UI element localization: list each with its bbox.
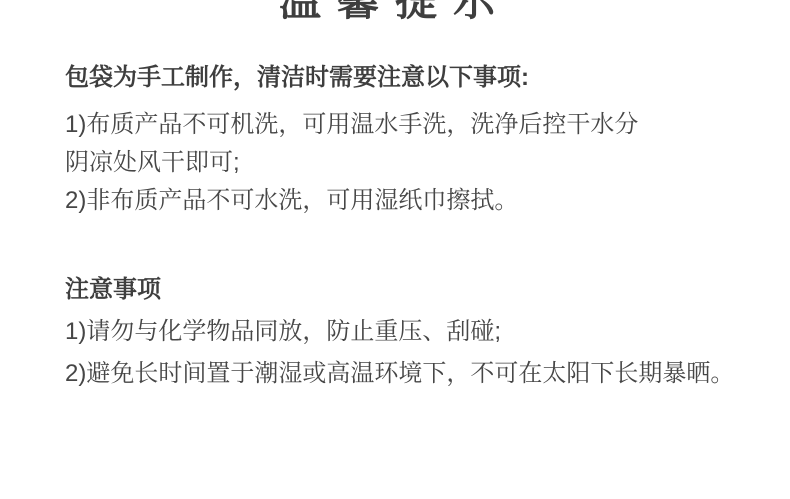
page-title: 温馨提示 <box>0 0 790 22</box>
notes-section-heading: 注意事项 <box>65 278 750 302</box>
care-content: 包袋为手工制作，清洁时需要注意以下事项: 1)布质产品不可机洗，可用温水手洗，洗… <box>0 66 790 395</box>
note-line-2: 2)避免长时间置于潮湿或高温环境下，不可在太阳下长期暴晒。 <box>65 353 750 395</box>
notes-list: 1)请勿与化学物品同放，防止重压、刮碰; 2)避免长时间置于潮湿或高温环境下，不… <box>65 311 750 395</box>
cleaning-instructions: 1)布质产品不可机洗，可用温水手洗，洗净后控干水分 阴凉处风干即可; 2)非布质… <box>65 106 750 220</box>
cleaning-section: 包袋为手工制作，清洁时需要注意以下事项: 1)布质产品不可机洗，可用温水手洗，洗… <box>65 66 750 220</box>
notes-section: 注意事项 1)请勿与化学物品同放，防止重压、刮碰; 2)避免长时间置于潮湿或高温… <box>65 278 750 395</box>
cleaning-section-heading: 包袋为手工制作，清洁时需要注意以下事项: <box>65 66 750 90</box>
cleaning-instruction-line-1: 1)布质产品不可机洗，可用温水手洗，洗净后控干水分 <box>65 106 750 144</box>
cleaning-instruction-line-3: 2)非布质产品不可水洗，可用湿纸巾擦拭。 <box>65 182 750 220</box>
care-instructions-page: 温馨提示 包袋为手工制作，清洁时需要注意以下事项: 1)布质产品不可机洗，可用温… <box>0 0 790 479</box>
note-line-1: 1)请勿与化学物品同放，防止重压、刮碰; <box>65 311 750 353</box>
cleaning-instruction-line-2: 阴凉处风干即可; <box>65 144 750 182</box>
